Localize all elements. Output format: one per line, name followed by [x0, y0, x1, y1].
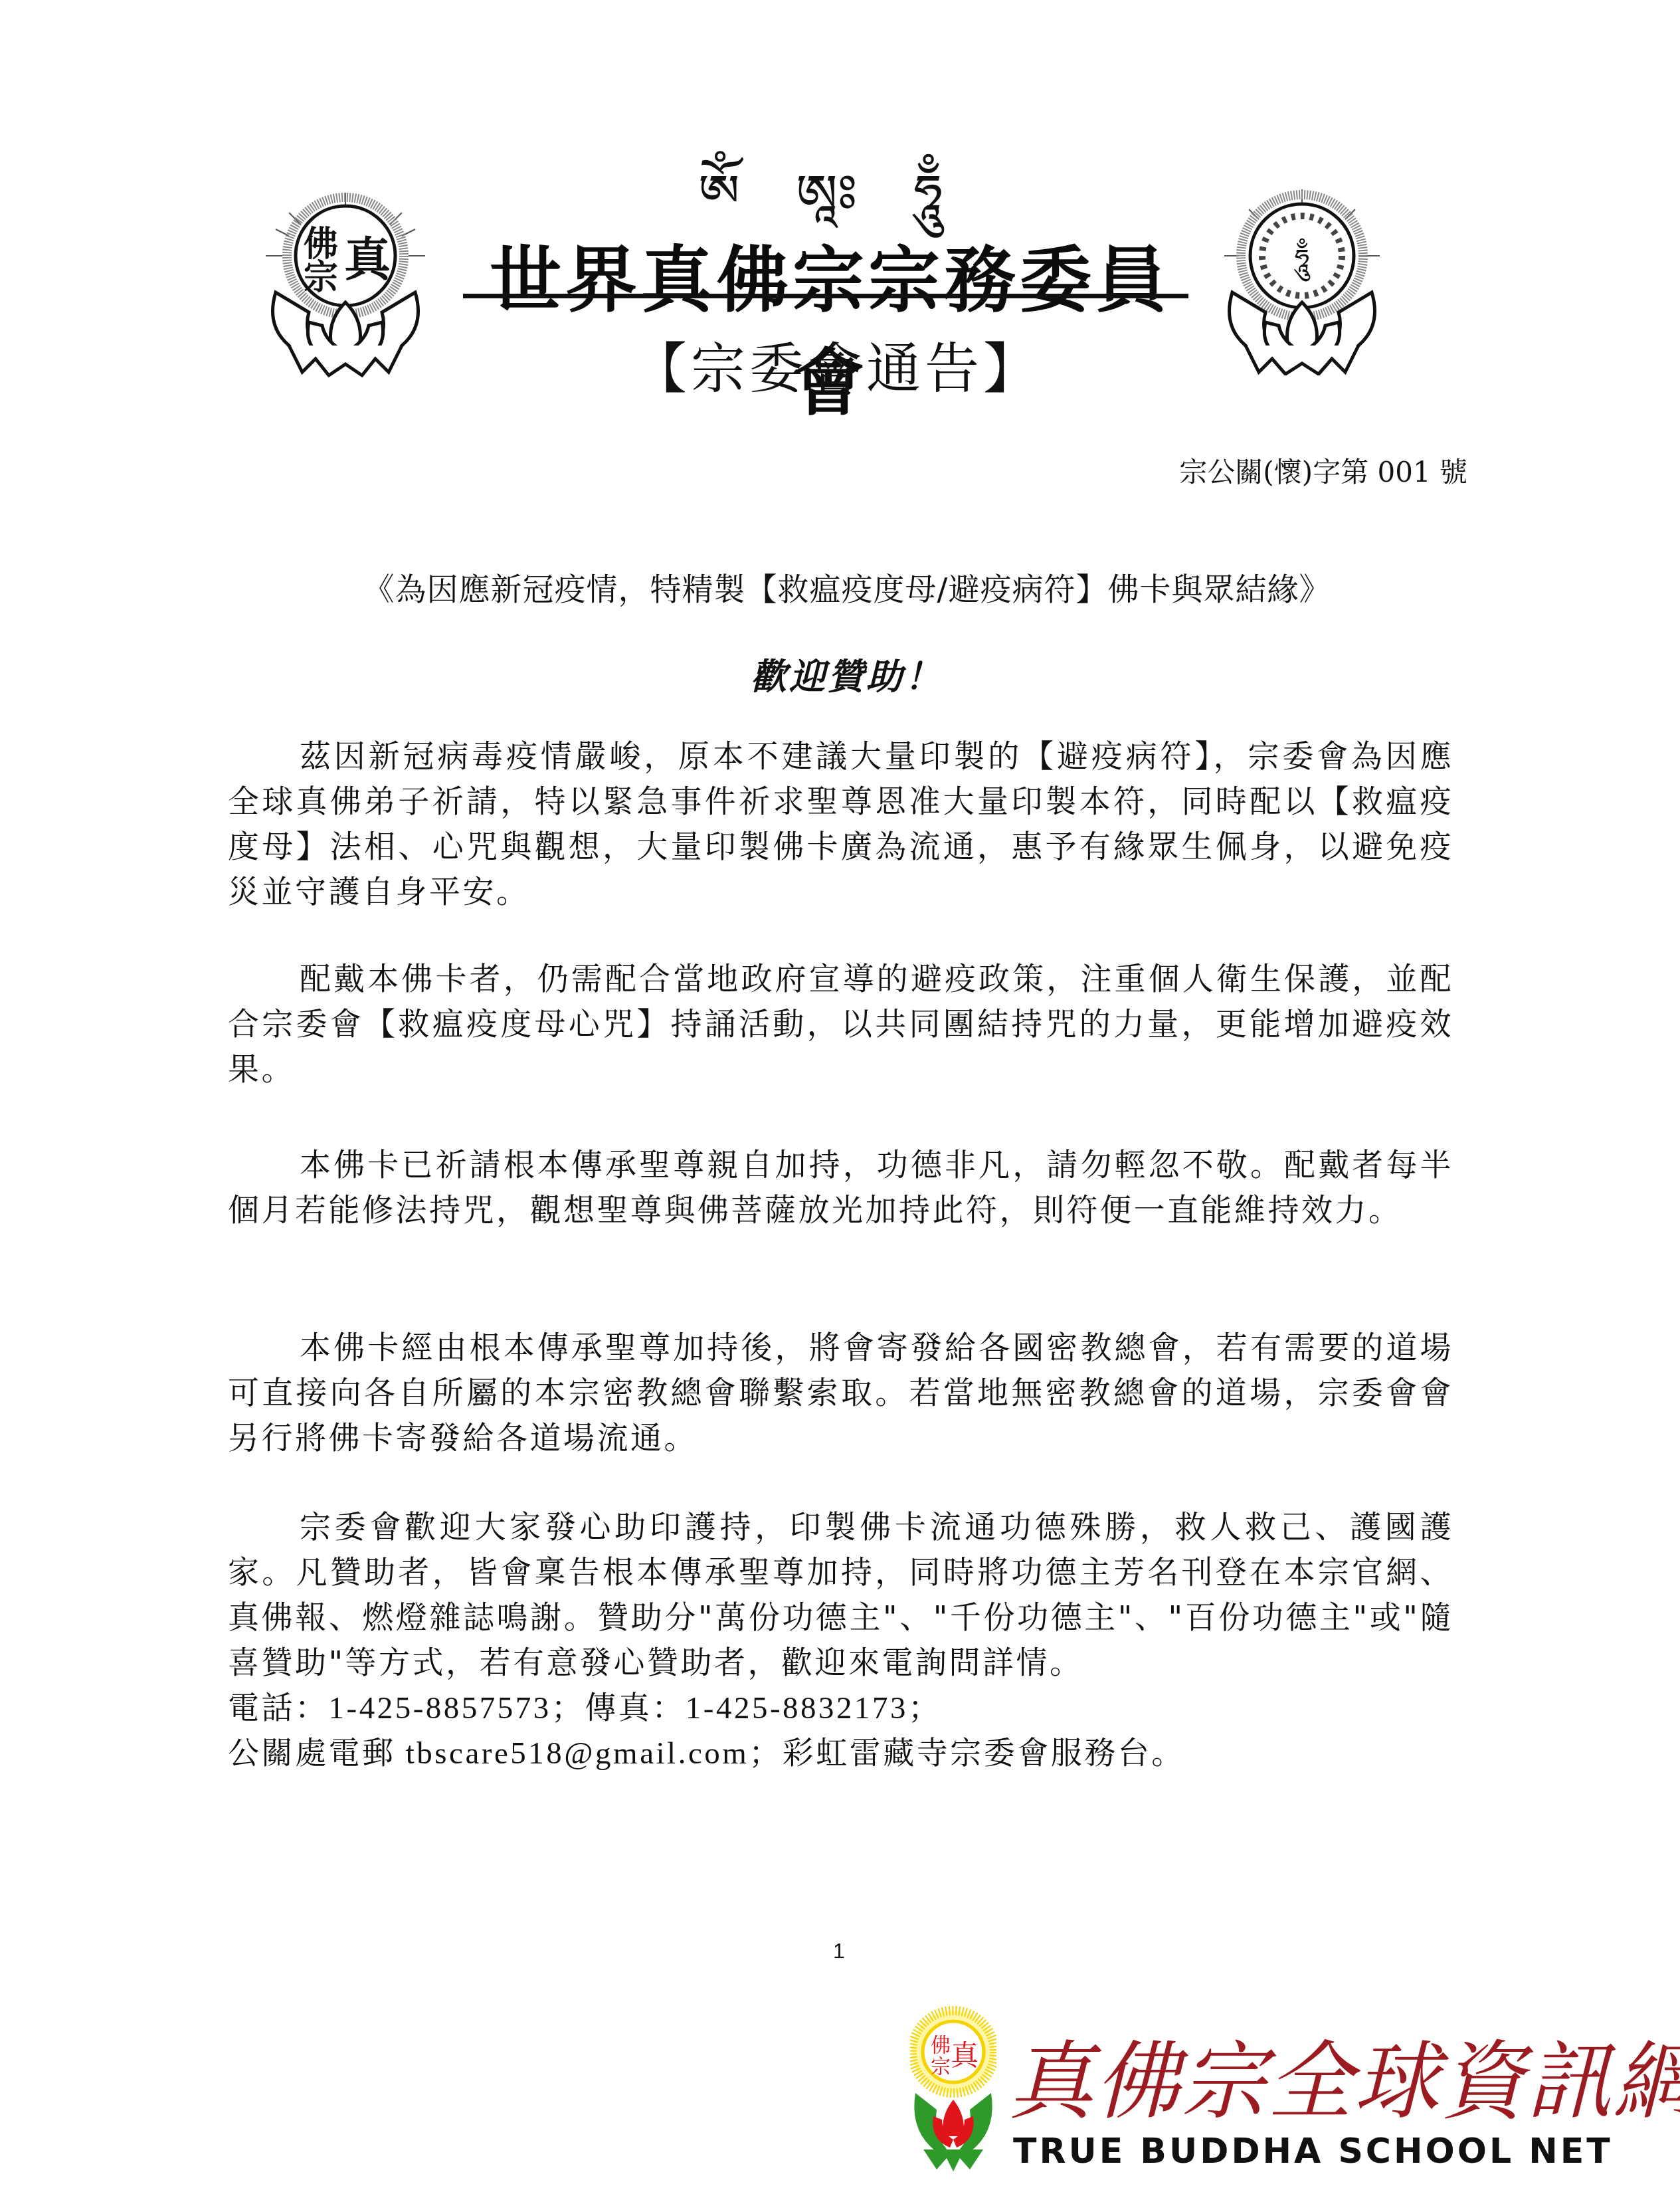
right-mandala-emblem-icon: ཧཱུྃ [1219, 189, 1385, 375]
title-divider [463, 294, 1188, 298]
phone-fax-line: 電話：1-425-8857573；傳真：1-425-8832173； [228, 1686, 1453, 1731]
svg-text:宗: 宗 [931, 2055, 951, 2078]
paragraph-sponsorship: 宗委會歡迎大家發心助印護持，印製佛卡流通功德殊勝，救人救己、護國護家。凡贊助者，… [228, 1505, 1453, 1776]
left-tbs-emblem-icon: 佛 真 宗 [262, 193, 428, 379]
reference-number: 宗公關(懷)字第 001 號 [1179, 450, 1467, 490]
svg-text:真: 真 [344, 233, 393, 287]
paragraph-text: 本佛卡已祈請根本傳承聖尊親自加持，功德非凡，請勿輕忽不敬。配戴者每半個月若能修法… [228, 1143, 1453, 1233]
tbs-chinese-name: 真佛宗全球資訊網 [1008, 2013, 1680, 2136]
paragraph-blessing: 本佛卡已祈請根本傳承聖尊親自加持，功德非凡，請勿輕忽不敬。配戴者每半個月若能修法… [228, 1143, 1453, 1233]
email-line: 公關處電郵 tbscare518@gmail.com；彩虹雷藏寺宗委會服務台。 [228, 1731, 1453, 1776]
welcome-sponsorship-heading: 歡迎贊助！ [229, 649, 1465, 700]
paragraph-background: 茲因新冠病毒疫情嚴峻，原本不建議大量印製的【避疫病符】，宗委會為因應全球真佛弟子… [228, 734, 1453, 915]
document-heading: 《為因應新冠疫情，特精製【救瘟疫度母/避疫病符】佛卡與眾結緣》 [229, 565, 1465, 609]
notice-type-title: 【宗委會通告】 [618, 326, 1056, 403]
tbs-color-emblem-icon: 佛 真 宗 [910, 2000, 996, 2179]
paragraph-text: 配戴本佛卡者，仍需配合當地政府宣導的避疫政策，注重個人衛生保護，並配合宗委會【救… [228, 957, 1453, 1092]
paragraph-distribution: 本佛卡經由根本傳承聖尊加持後，將會寄發給各國密教總會，若有需要的道場可直接向各自… [228, 1326, 1453, 1461]
page-number: 1 [833, 1939, 845, 1963]
email-link[interactable]: tbscare518@gmail.com [406, 1736, 749, 1771]
paragraph-text: 本佛卡經由根本傳承聖尊加持後，將會寄發給各國密教總會，若有需要的道場可直接向各自… [228, 1326, 1453, 1461]
tbs-english-name: TRUE BUDDHA SCHOOL NET [1013, 2132, 1613, 2171]
paragraph-text: 茲因新冠病毒疫情嚴峻，原本不建議大量印製的【避疫病符】，宗委會為因應全球真佛弟子… [228, 734, 1453, 915]
paragraph-text: 宗委會歡迎大家發心助印護持，印製佛卡流通功德殊勝，救人救己、護國護家。凡贊助者，… [228, 1505, 1453, 1686]
true-buddha-school-net-logo[interactable]: 佛 真 宗 真佛宗全球資訊網 TRUE BUDDHA SCHOOL NET [910, 2000, 1661, 2193]
svg-text:真: 真 [951, 2039, 980, 2072]
paragraph-precautions: 配戴本佛卡者，仍需配合當地政府宣導的避疫政策，注重個人衛生保護，並配合宗委會【救… [228, 957, 1453, 1092]
email-label: 公關處電郵 [228, 1736, 406, 1771]
svg-text:佛: 佛 [931, 2034, 951, 2057]
service-desk-text: ；彩虹雷藏寺宗委會服務台。 [749, 1736, 1185, 1771]
svg-text:宗: 宗 [304, 258, 338, 298]
